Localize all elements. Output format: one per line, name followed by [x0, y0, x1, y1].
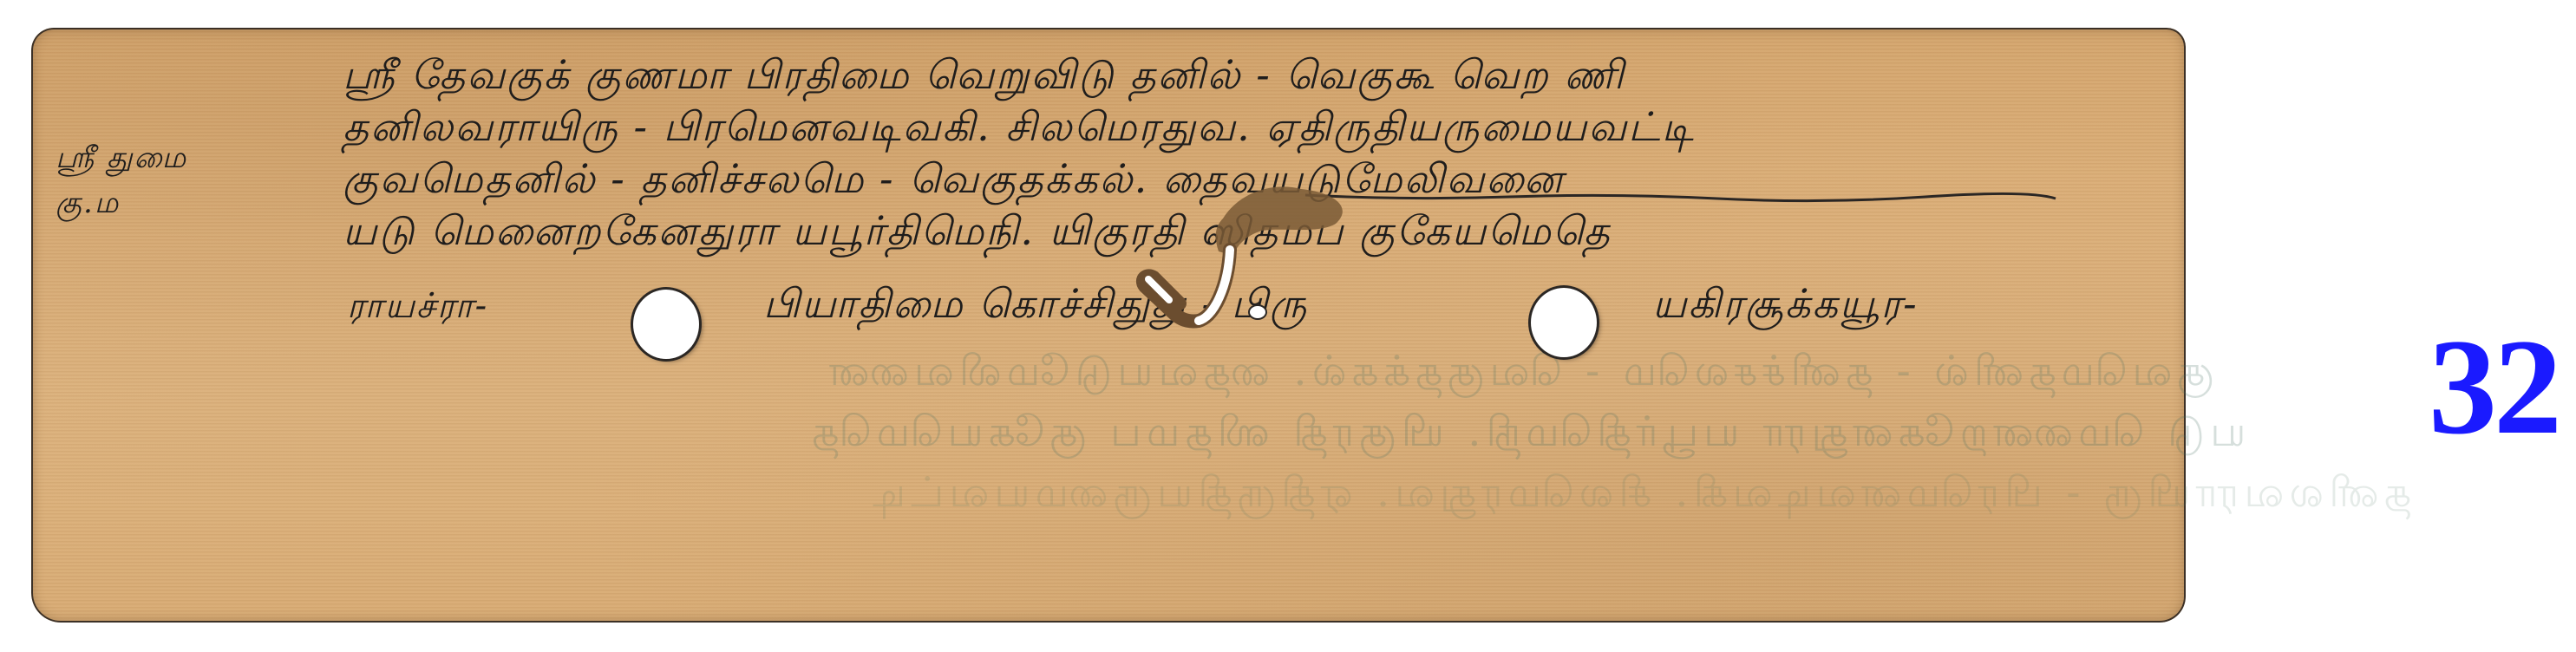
page-number: 32 [2429, 319, 2559, 456]
margin-note-line-1: ஸ்ரீ துமை [56, 137, 187, 179]
text-line-2: தனிலவராயிரு - பிரமெனவடிவகி. சிலமெரதுவ. ஏ… [343, 102, 1695, 151]
margin-note-line-2: கு.ம [56, 182, 120, 224]
underline-stroke [1301, 178, 2064, 212]
binding-hole-left [633, 290, 699, 359]
text-line-1: ஸ்ரீ தேவகுக் குணமா பிரதிமை வெறுவிடு தனில… [343, 50, 1625, 99]
bleed-through-text: யடு மெனைறகேனதுரா யபூர்திமெநி. யிகுரதி ஸி… [807, 407, 2246, 461]
binding-hole-right [1531, 288, 1597, 357]
insect-damage [1076, 173, 1353, 329]
bleed-through-text: குவமெதனில் - தனிச்சலமெ - வெகுதக்கல். தைவ… [824, 347, 2214, 401]
text-line-5-part-3: யகிரசூக்கயூர- [1652, 279, 1919, 328]
text-line-5-part-1: ராயச்ரா- [347, 282, 488, 330]
bleed-through-text: தனிலவராயிரு - பிரமெனவடிவகி. சிலமெரதுவ. ஏ… [867, 468, 2411, 522]
text-line-4: யடு மெனைறகேனதுரா யபூர்திமெநி. யிகுரதி ஸி… [343, 206, 1612, 255]
